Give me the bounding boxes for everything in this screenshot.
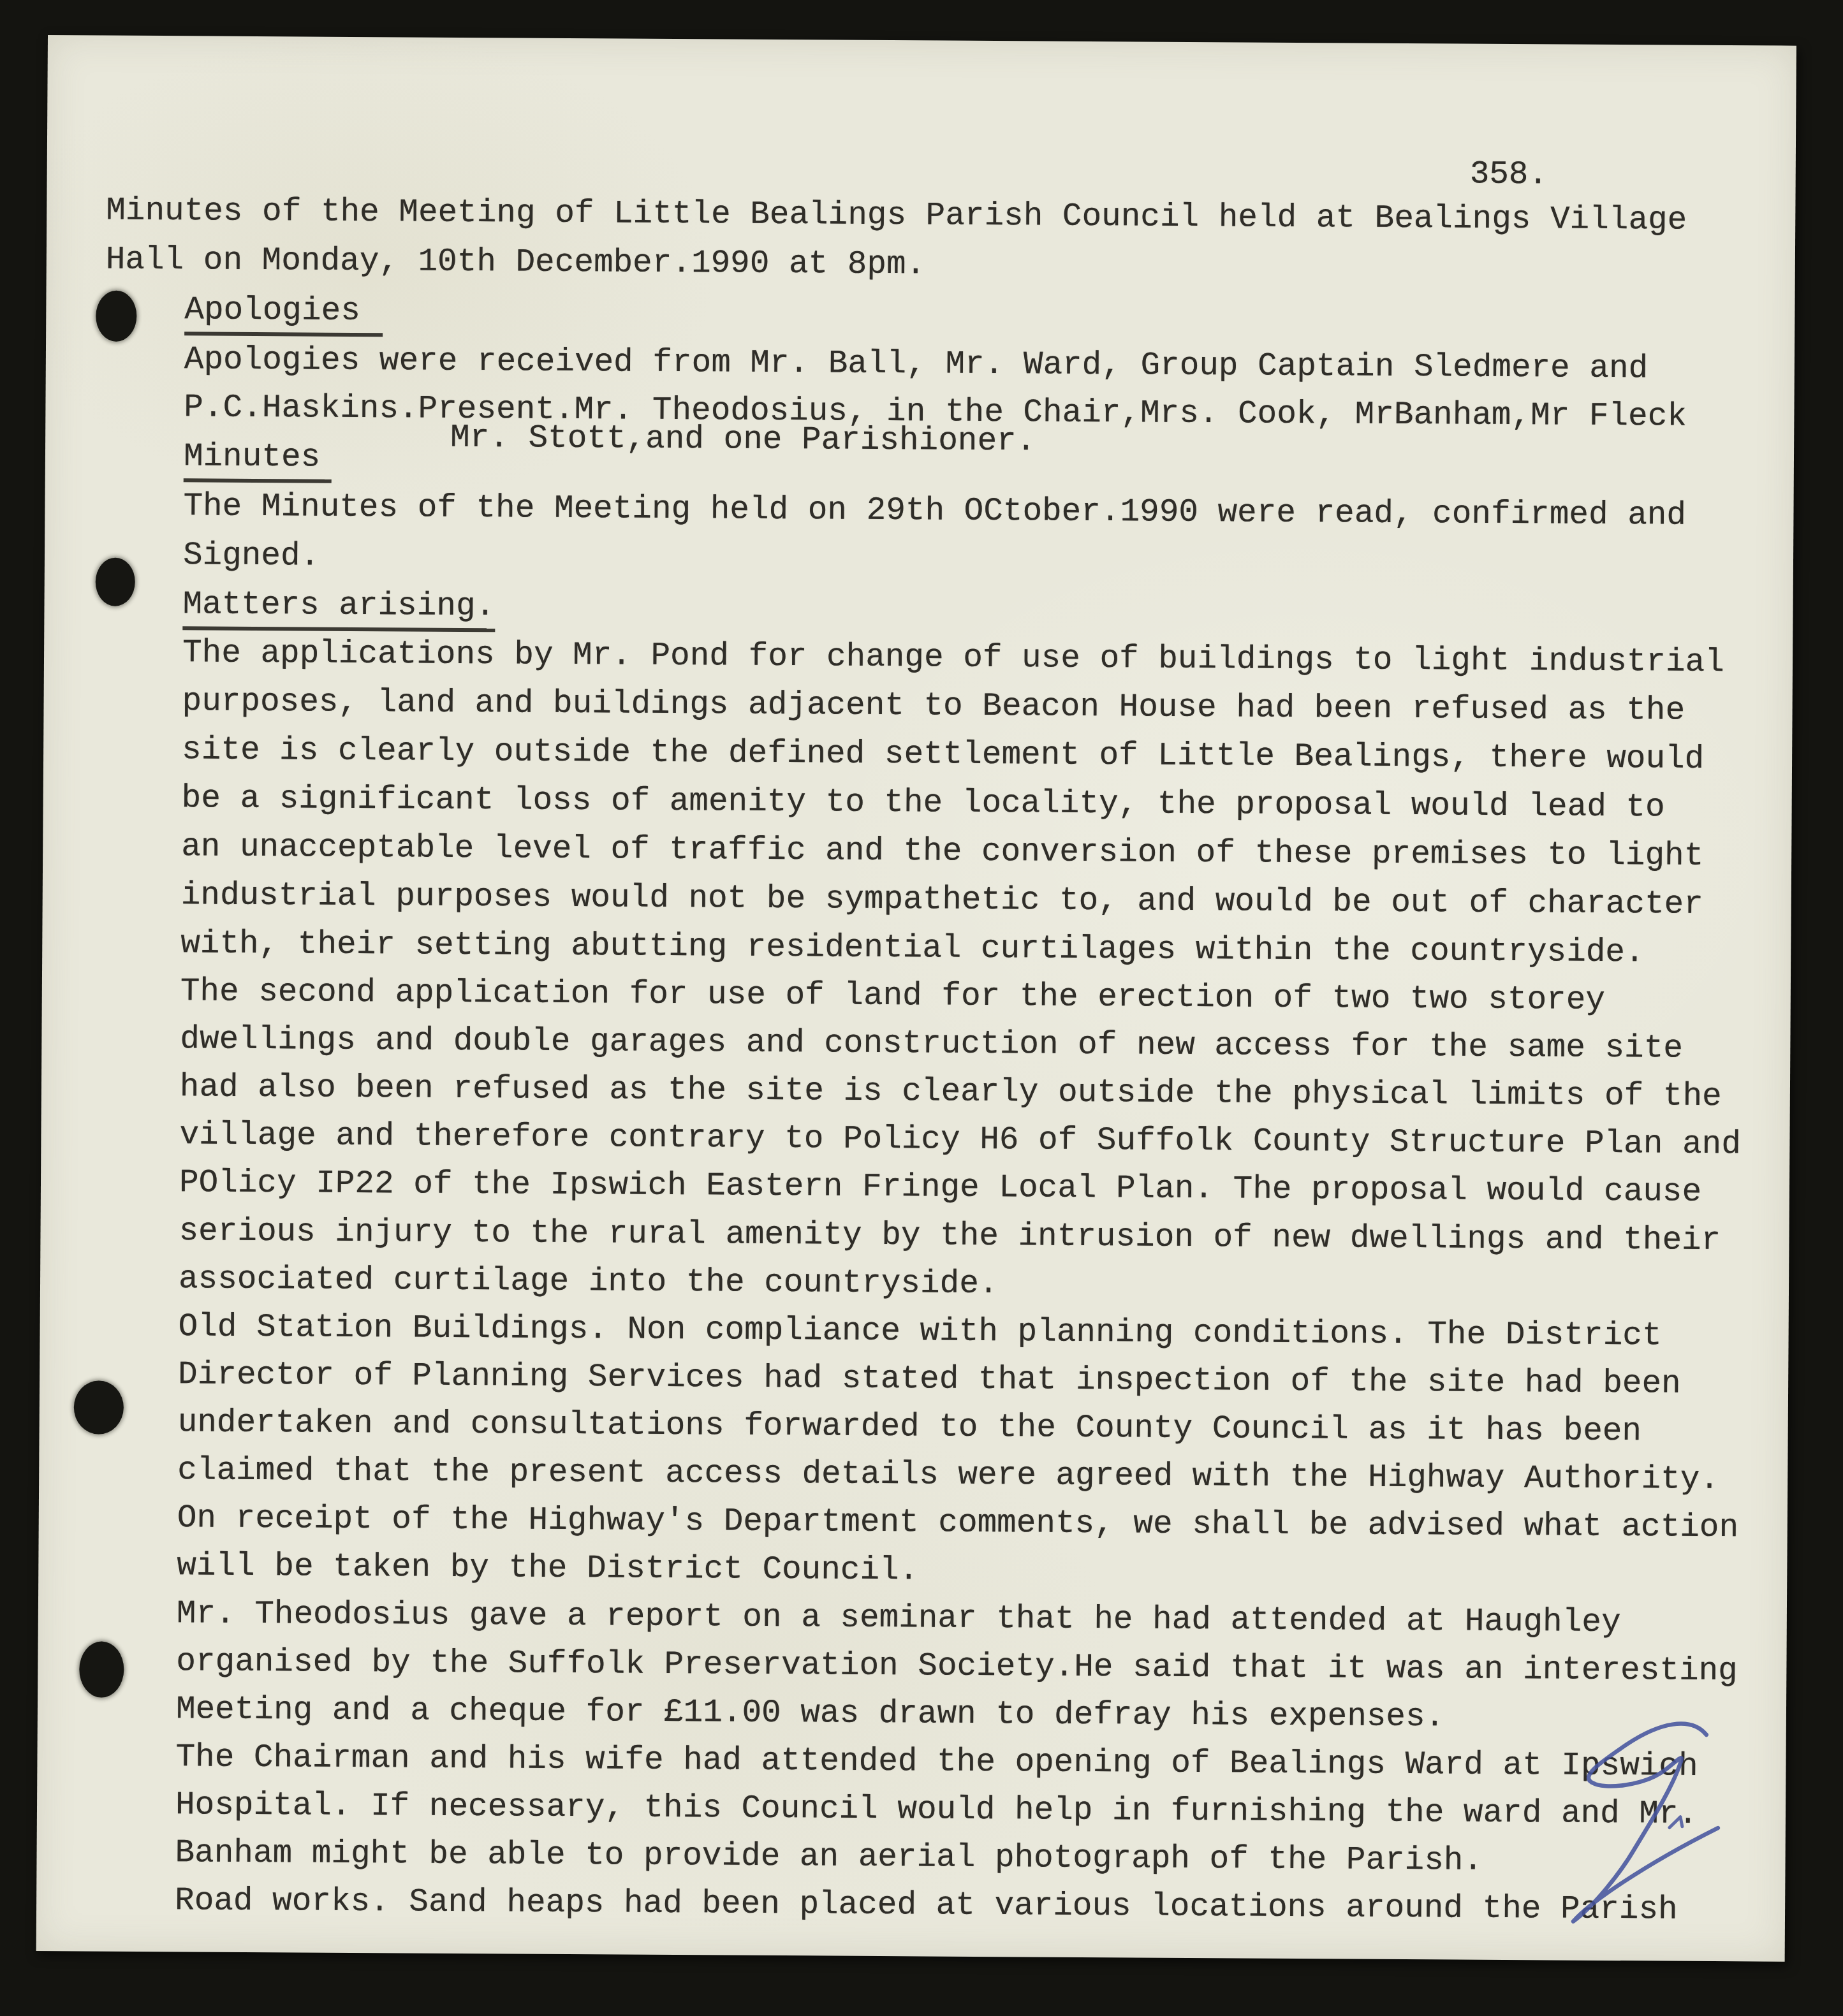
typed-line: Apologies were received from Mr. Ball, M…	[184, 340, 1648, 389]
typed-line: organised by the Suffolk Preservation So…	[176, 1642, 1738, 1691]
typed-line: site is clearly outside the defined sett…	[182, 731, 1705, 780]
document-title-line: Hall on Monday, 10th December.1990 at 8p…	[106, 241, 926, 286]
section-heading-label: Apologies	[184, 292, 383, 337]
typed-line: an unacceptable level of traffic and the…	[181, 828, 1704, 877]
section-heading-label: Minutes	[184, 439, 332, 483]
typed-line: Hospital. If necessary, this Council wou…	[175, 1786, 1698, 1835]
typed-line: serious injury to the rural amenity by t…	[179, 1212, 1721, 1261]
typed-line: Signed.	[183, 536, 320, 576]
typed-line: will be taken by the District Council.	[177, 1547, 918, 1591]
typed-line: purposes, land and buildings adjacent to…	[182, 682, 1685, 731]
ink-signature	[1554, 1714, 1747, 1939]
typed-line: industrial purposes would not be sympath…	[181, 876, 1704, 925]
hole-punch	[96, 557, 135, 606]
section-heading-minutes: Minutes	[184, 437, 332, 478]
typed-line: had also been refused as the site is cle…	[180, 1068, 1722, 1117]
typed-line: Director of Planning Services had stated…	[178, 1355, 1681, 1404]
typed-line: Old Station Buildings. Non compliance wi…	[178, 1308, 1661, 1356]
document-page: 358. Minutes of the Meeting of Little Be…	[36, 35, 1796, 1962]
typed-line: Banham might be able to provide an aeria…	[175, 1834, 1483, 1881]
typed-line: The second application for use of land f…	[180, 972, 1606, 1021]
section-heading-matters-arising: Matters arising.	[182, 585, 495, 627]
typed-line: associated curtilage into the countrysid…	[179, 1260, 999, 1304]
typed-line: The Chairman and his wife had attended t…	[175, 1738, 1698, 1787]
hole-punch	[74, 1380, 124, 1434]
typed-line: Mr. Theodosius gave a report on a semina…	[177, 1595, 1621, 1643]
document-title-line: Minutes of the Meeting of Little Bealing…	[106, 192, 1687, 241]
typed-line-inset: Mr. Stott,and one Parishioner.	[450, 419, 1036, 462]
typed-line: village and therefore contrary to Policy…	[179, 1116, 1741, 1165]
section-heading-label: Matters arising.	[182, 587, 495, 632]
typed-line: with, their setting abutting residential…	[180, 924, 1645, 973]
typed-line: Road works. Sand heaps had been placed a…	[175, 1881, 1678, 1930]
section-heading-apologies: Apologies	[184, 291, 383, 332]
typed-line: The applications by Mr. Pond for change …	[182, 634, 1724, 683]
typed-line: POlicy IP22 of the Ipswich Eastern Fring…	[179, 1164, 1702, 1213]
typed-line: dwellings and double garages and constru…	[180, 1020, 1683, 1069]
typed-line: On receipt of the Highway's Department c…	[177, 1499, 1739, 1548]
typed-line: be a significant loss of amenity to the …	[181, 779, 1664, 828]
typed-line: claimed that the present access details …	[177, 1451, 1719, 1500]
hole-punch	[79, 1641, 124, 1697]
typed-line: The Minutes of the Meeting held on 29th …	[183, 487, 1686, 536]
typed-line: Meeting and a cheque for £11.00 was draw…	[176, 1690, 1445, 1737]
hole-punch	[96, 290, 136, 341]
typed-line: undertaken and consultations forwarded t…	[178, 1403, 1642, 1452]
page-number: 358.	[1470, 156, 1548, 196]
